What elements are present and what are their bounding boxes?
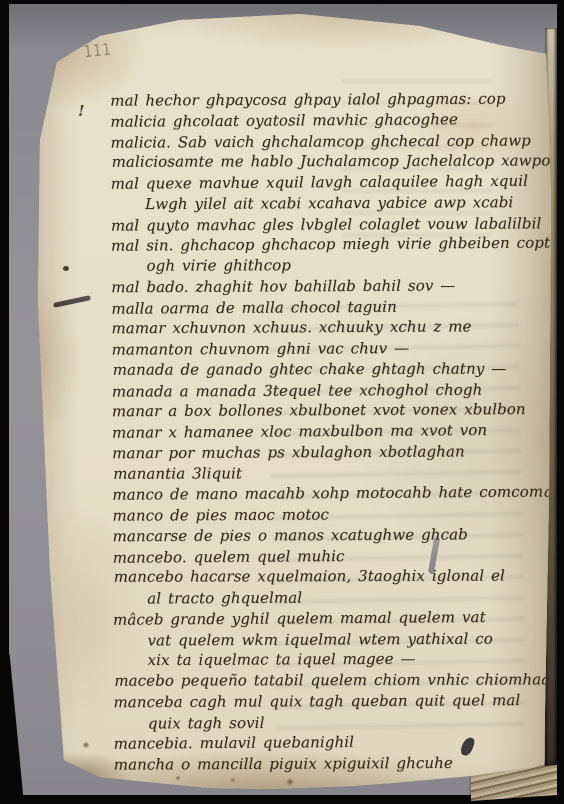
manuscript-line: mancarse de pies o manos xcatughwe ghcab bbox=[112, 524, 564, 547]
manuscript-line: maliciosamte me hablo Juchalamcop Jachel… bbox=[112, 151, 564, 173]
manuscript-line: manceba cagh mul quix tagh queban quit q… bbox=[113, 690, 564, 713]
manuscript-line: mancebo hacarse xquelmaion, 3taoghix igl… bbox=[114, 566, 564, 588]
manuscript-line: manar a box bollones xbulbonet xvot vone… bbox=[112, 399, 564, 422]
manuscript-text-block: mal hechor ghpaycosa ghpay ialol ghpagma… bbox=[110, 88, 564, 775]
manuscript-line: mamar xchuvnon xchuus. xchuuky xchu z me bbox=[111, 316, 564, 339]
margin-dash-mark bbox=[53, 295, 91, 308]
manuscript-line: manada de ganado ghtec chake ghtagh chat… bbox=[113, 358, 564, 380]
margin-exclamation-mark: ! bbox=[78, 102, 85, 120]
manuscript-line: manada a manada 3tequel tee xchoghol cho… bbox=[112, 379, 564, 402]
manuscript-line: malicia. Sab vaich ghchalamcop ghchecal … bbox=[110, 130, 564, 153]
manuscript-line: mal quexe mavhue xquil lavgh calaquilee … bbox=[111, 170, 564, 194]
manuscript-line: manco de pies maoc motoc bbox=[112, 503, 564, 526]
manuscript-line: mâceb grande yghil quelem mamal quelem v… bbox=[113, 606, 564, 630]
manuscript-line: manco de mano macahb xohp motocahb hate … bbox=[112, 482, 564, 506]
manuscript-line: xix ta iquelmac ta iquel magee — bbox=[113, 648, 564, 671]
manuscript-line: Lwgh yilel ait xcabi xcahava yabice awp … bbox=[111, 192, 564, 215]
manuscript-line: mancebo. quelem quel muhic bbox=[113, 544, 564, 568]
manuscript-line: malla oarma de malla chocol taguin bbox=[111, 295, 564, 319]
manuscript-line: mal sin. ghchacop ghchacop miegh virie g… bbox=[111, 233, 564, 257]
manuscript-line: manar por muchas ps xbulaghon xbotlaghan bbox=[112, 441, 564, 464]
manuscript-line: manar x hamanee xloc maxbulbon ma xvot v… bbox=[112, 419, 564, 443]
margin-ink-dot bbox=[63, 266, 69, 271]
manuscript-line: manantia 3liquit bbox=[113, 462, 564, 484]
manuscript-line: mal hechor ghpaycosa ghpay ialol ghpagma… bbox=[110, 88, 564, 111]
manuscript-page: 111 ! mal hechor ghpaycosa ghpay ialol g… bbox=[28, 10, 552, 790]
manuscript-line: macebo pequeño tatabil quelem chiom vnhi… bbox=[114, 669, 564, 691]
manuscript-line: mal bado. zhaghit hov bahillab bahil sov… bbox=[111, 275, 564, 298]
manuscript-line: malicia ghcolaat oyatosil mavhic ghacogh… bbox=[110, 108, 564, 132]
manuscript-line: mancebia. mulavil quebanighil bbox=[114, 731, 564, 755]
manuscript-line: mancha o mancilla piguix xpiguixil ghcuh… bbox=[114, 752, 564, 775]
manuscript-line: vat quelem wkm iquelmal wtem yathixal co bbox=[113, 628, 564, 651]
manuscript-line: mamanton chuvnom ghni vac chuv — bbox=[112, 337, 564, 360]
manuscript-line: al tracto ghquelmal bbox=[113, 586, 564, 609]
folio-number-mark: 111 bbox=[83, 41, 113, 63]
manuscript-line: ogh virie ghithcop bbox=[112, 254, 564, 276]
